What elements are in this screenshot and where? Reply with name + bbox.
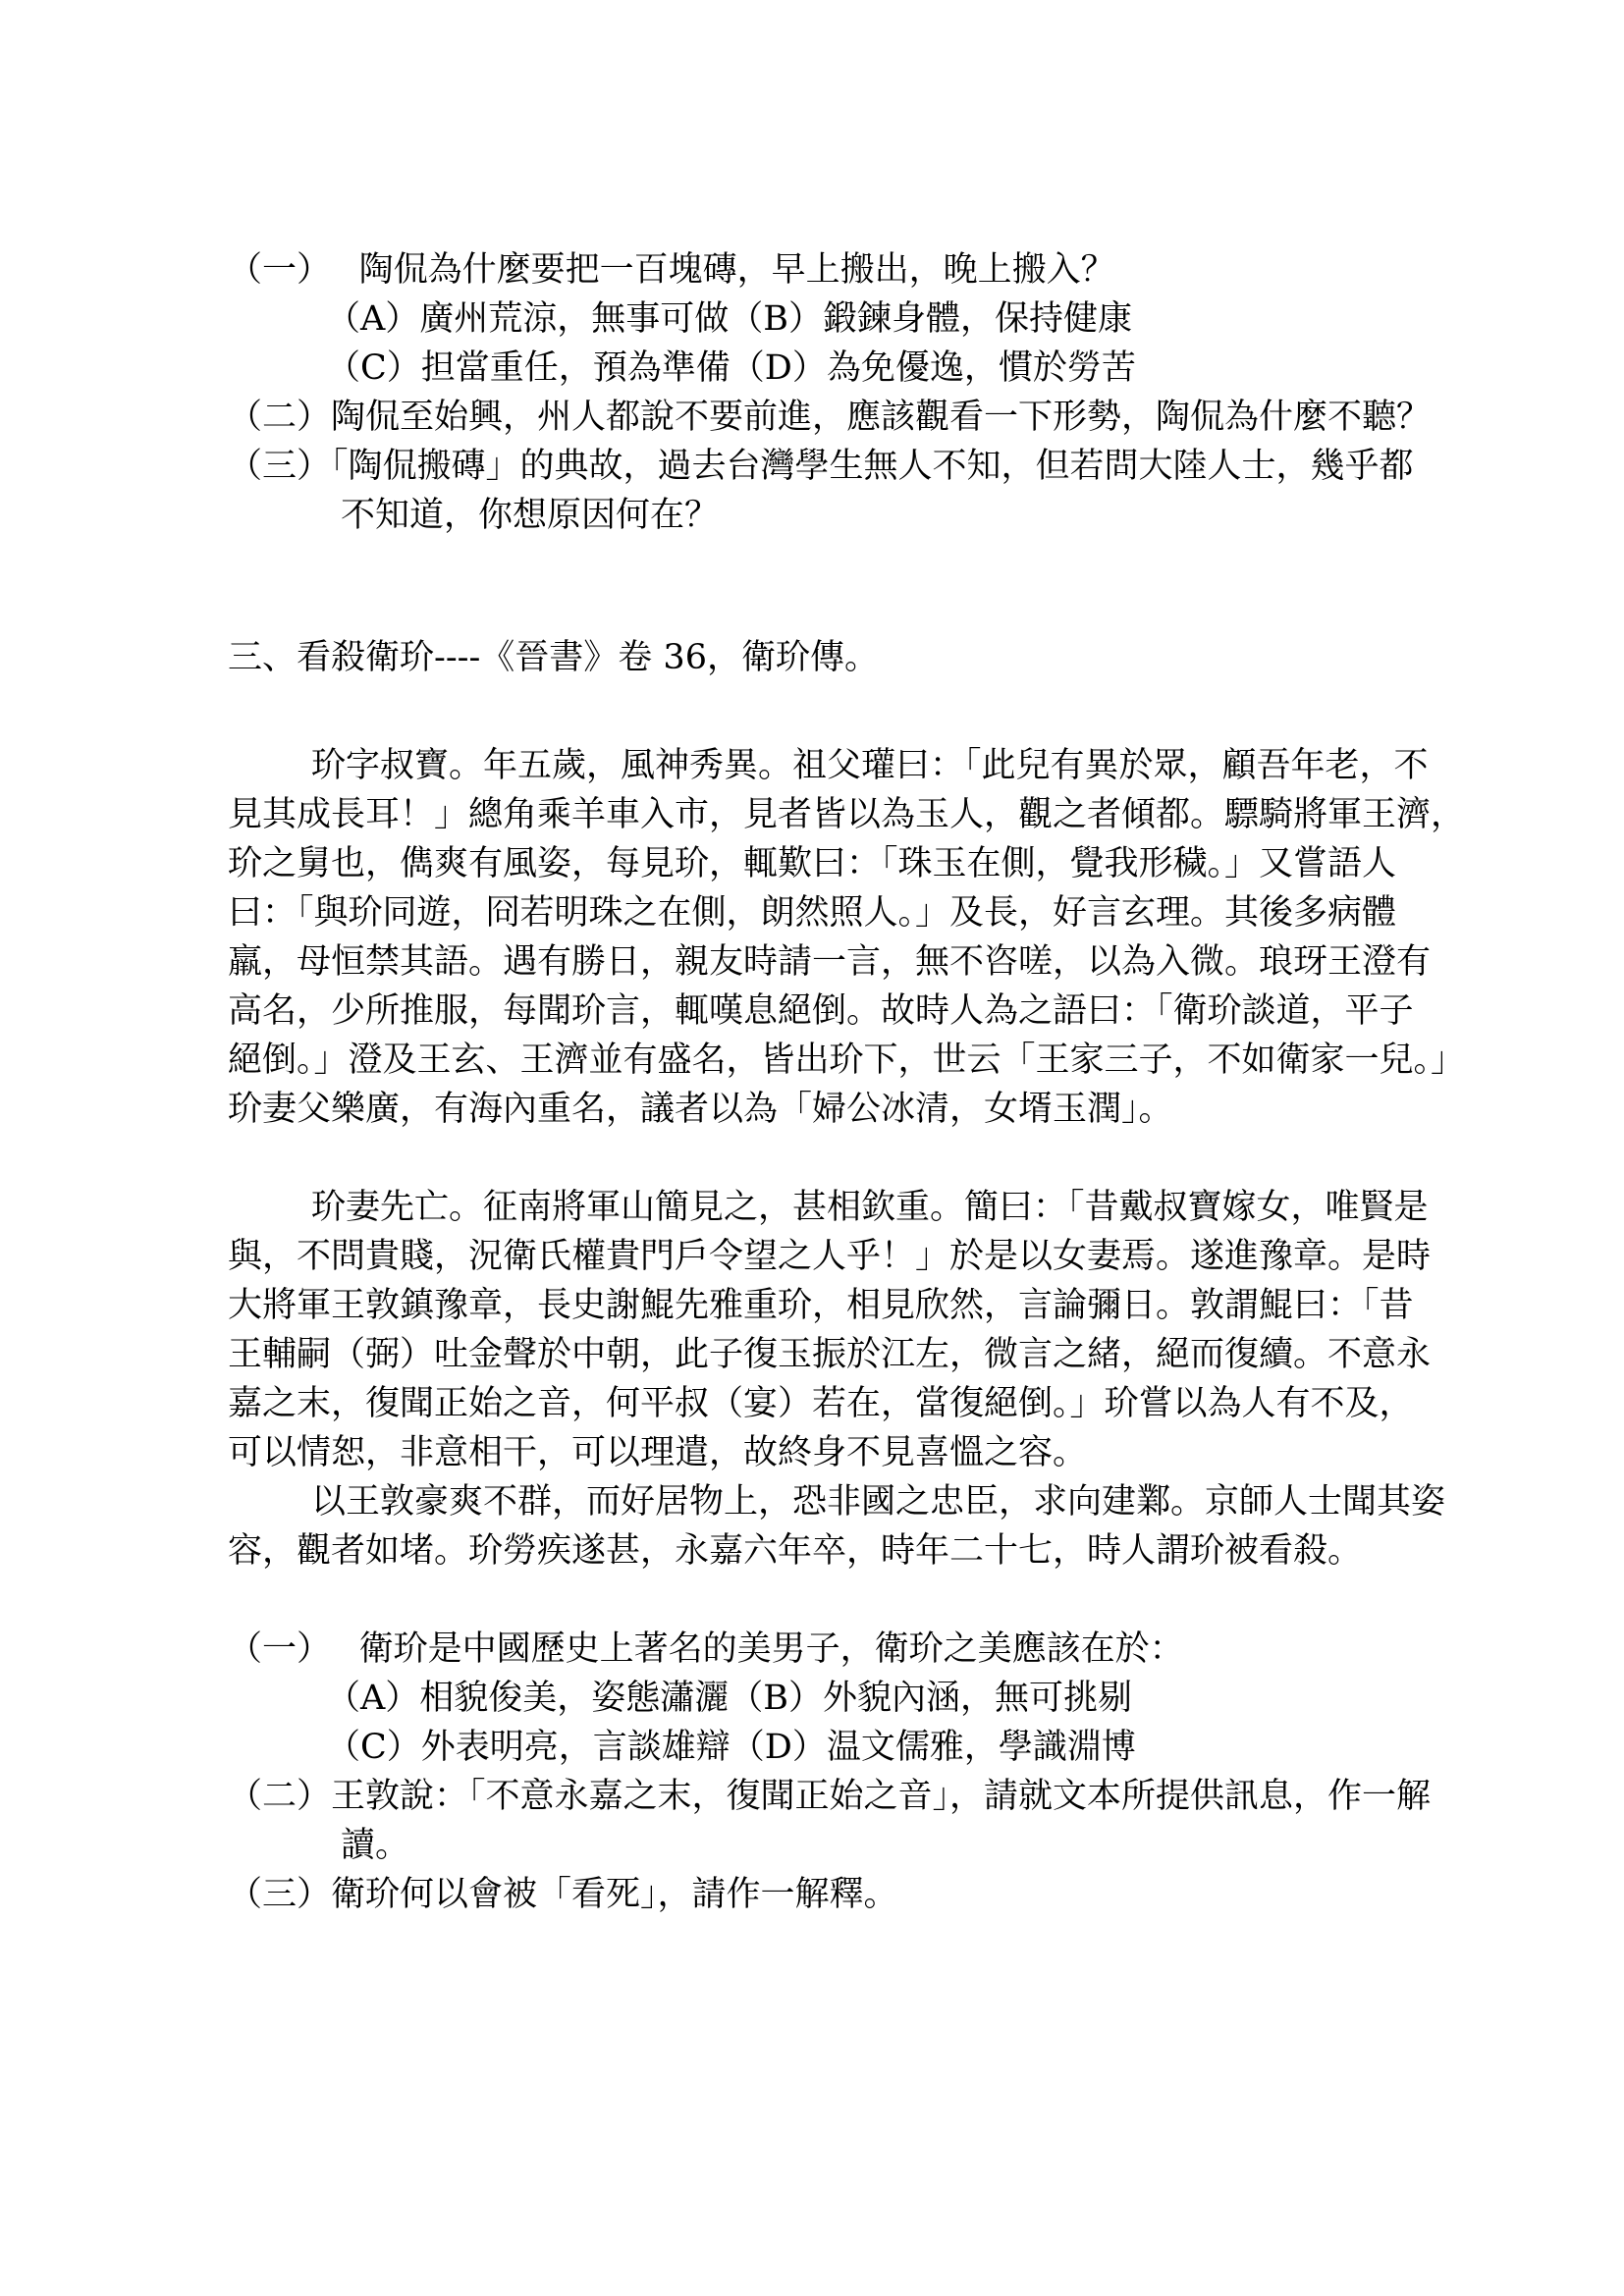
wei-question-1-choices-ab: （A）相貌俊美，姿態瀟灑（B）外貌內涵，無可挑剔: [228, 1674, 1485, 1723]
paragraph-line: 見其成長耳！」總角乘羊車入市，見者皆以為玉人，觀之者傾都。驃騎將軍王濟，: [228, 790, 1485, 839]
paragraph-line: 羸，母恒禁其語。遇有勝日，親友時請一言，無不咨嗟，以為入微。琅玡王澄有: [228, 937, 1485, 987]
wei-question-3: （三）衛玠何以會被「看死」，請作一解釋。: [228, 1870, 1485, 1919]
wei-question-1-choices-cd: （C）外表明亮，言談雄辯（D）温文儒雅，學識淵博: [228, 1723, 1485, 1772]
wei-question-2-line1: （二）王敦說：「不意永嘉之末，復聞正始之音」，請就文本所提供訊息，作一解: [228, 1772, 1485, 1821]
paragraph-line: 玠妻父樂廣，有海內重名，議者以為「婦公冰清，女壻玉潤」。: [228, 1085, 1485, 1134]
paragraph-line: 容，觀者如堵。玠勞疾遂甚，永嘉六年卒，時年二十七，時人謂玠被看殺。: [228, 1526, 1485, 1575]
paragraph-line: 大將軍王敦鎮豫章，長史謝鯤先雅重玠，相見欣然，言論彌日。敦謂鯤曰：「昔: [228, 1281, 1485, 1330]
paragraph-line: 可以情恕，非意相干，可以理遣，故終身不見喜慍之容。: [228, 1428, 1485, 1477]
tao-question-3-line1: （三）「陶侃搬磚」的典故，過去台灣學生無人不知，但若問大陸人士，幾乎都: [228, 442, 1485, 491]
paragraph-line: 曰：「與玠同遊，冏若明珠之在側，朗然照人。」及長，好言玄理。其後多病體: [228, 888, 1485, 937]
paragraph-line: 王輔嗣（弼）吐金聲於中朝，此子復玉振於江左，微言之緒，絕而復續。不意永: [228, 1330, 1485, 1379]
paragraph-line: 與，不問貴賤，況衛氏權貴門戶令望之人乎！」於是以女妻焉。遂進豫章。是時: [228, 1232, 1485, 1281]
wei-paragraph-2: 玠妻先亡。征南將軍山簡見之，甚相欽重。簡曰：「昔戴叔寶嫁女，唯賢是 與，不問貴賤…: [228, 1183, 1485, 1575]
document-page: （一） 陶侃為什麼要把一百塊磚，早上搬出，晚上搬入？ （A）廣州荒涼，無事可做（…: [228, 245, 1485, 1919]
tao-question-block: （一） 陶侃為什麼要把一百塊磚，早上搬出，晚上搬入？ （A）廣州荒涼，無事可做（…: [228, 245, 1485, 540]
tao-question-1-choices-ab: （A）廣州荒涼，無事可做（B）鍛鍊身體，保持健康: [228, 294, 1485, 344]
tao-question-1-choices-cd: （C）担當重任，預為準備（D）為免優逸，慣於勞苦: [228, 344, 1485, 393]
paragraph-line: 嘉之末，復聞正始之音，何平叔（宴）若在，當復絕倒。」玠嘗以為人有不及，: [228, 1379, 1485, 1428]
section-heading: 三、看殺衛玠----《晉書》卷 36，衛玠傳。: [228, 633, 1485, 682]
paragraph-line: 絕倒。」澄及王玄、王濟並有盛名，皆出玠下，世云「王家三子，不如衛家一兒。」: [228, 1036, 1485, 1085]
paragraph-line: 玠妻先亡。征南將軍山簡見之，甚相欽重。簡曰：「昔戴叔寶嫁女，唯賢是: [228, 1183, 1485, 1232]
tao-question-2: （二）陶侃至始興，州人都說不要前進，應該觀看一下形勢，陶侃為什麼不聽？: [228, 393, 1485, 442]
tao-question-1: （一） 陶侃為什麼要把一百塊磚，早上搬出，晚上搬入？: [228, 245, 1485, 294]
paragraph-line: 以王敦豪爽不群，而好居物上，恐非國之忠臣，求向建鄴。京師人士聞其姿: [228, 1477, 1485, 1526]
tao-question-3-line2: 不知道，你想原因何在？: [228, 491, 1485, 540]
paragraph-line: 玠字叔寶。年五歲，風神秀異。祖父瓘曰：「此兒有異於眾，顧吾年老，不: [228, 741, 1485, 790]
paragraph-line: 高名，少所推服，每聞玠言，輒嘆息絕倒。故時人為之語曰：「衛玠談道，平子: [228, 987, 1485, 1036]
wei-question-2-line2: 讀。: [228, 1821, 1485, 1870]
paragraph-line: 玠之舅也，儁爽有風姿，每見玠，輒歎曰：「珠玉在側，覺我形穢。」又嘗語人: [228, 839, 1485, 888]
wei-question-1: （一） 衛玠是中國歷史上著名的美男子，衛玠之美應該在於：: [228, 1625, 1485, 1674]
wei-question-block: （一） 衛玠是中國歷史上著名的美男子，衛玠之美應該在於： （A）相貌俊美，姿態瀟…: [228, 1625, 1485, 1919]
wei-paragraph-1: 玠字叔寶。年五歲，風神秀異。祖父瓘曰：「此兒有異於眾，顧吾年老，不 見其成長耳！…: [228, 741, 1485, 1134]
